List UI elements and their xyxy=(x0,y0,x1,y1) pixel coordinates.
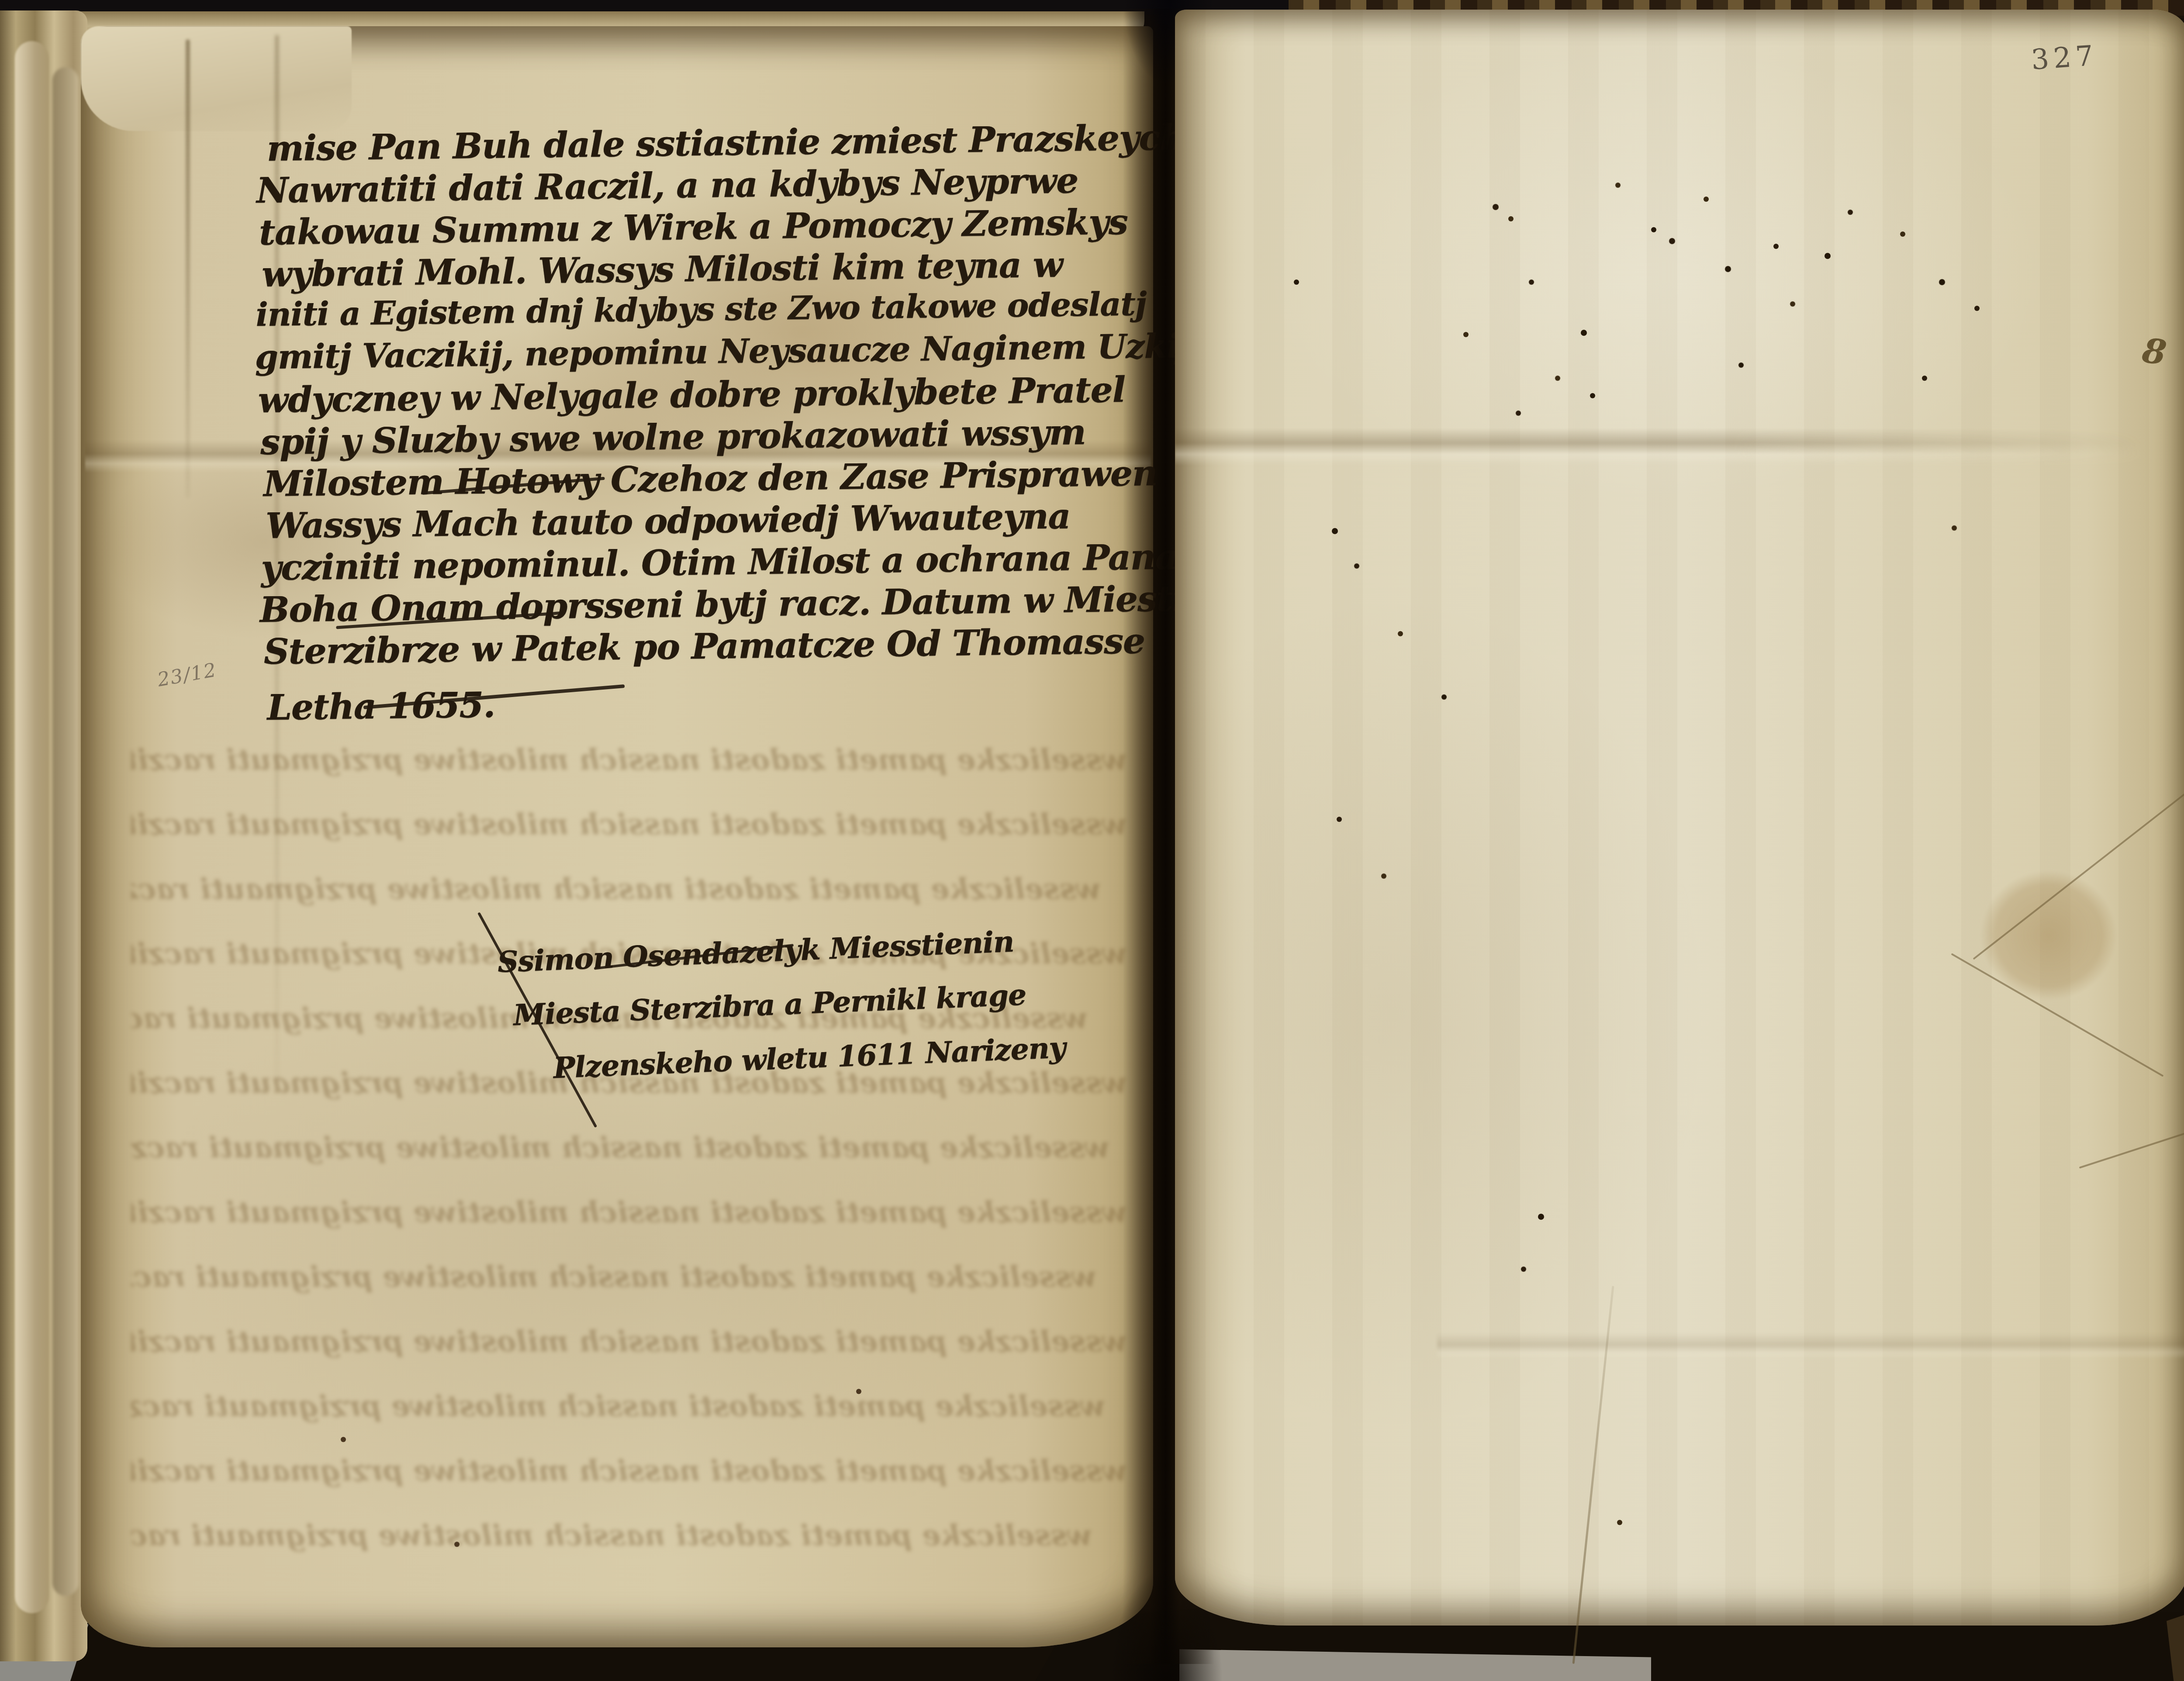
text-line: Boha Onam doprsseni bytj racz. Datum w M… xyxy=(259,580,1207,627)
ink-specks xyxy=(0,0,3,3)
manuscript-book-scan: wsseliczke pameti zadosti nassich milost… xyxy=(0,0,2184,1681)
text-line: Nawratiti dati Raczil, a na kdybys Neypr… xyxy=(256,163,1078,208)
right-page-horizontal-crease xyxy=(1437,1333,2184,1359)
text-line: spij y Sluzby swe wolne prokazowati wssy… xyxy=(260,414,1085,459)
right-page: 327 xyxy=(1175,10,2184,1626)
text-line: gmitj Vaczikij, nepominu Neysaucze Nagin… xyxy=(255,329,1191,374)
signature-line: Ssimon Osendazelyk Miesstienin xyxy=(497,927,1014,976)
text-line: initi a Egistem dnj kdybys ste Zwo takow… xyxy=(256,288,1147,331)
text-line: Sterzibrze w Patek po Pamatcze Od Thomas… xyxy=(263,623,1145,669)
text-line: wybrati Mohl. Wassys Milosti kim teyna w xyxy=(262,247,1063,291)
corner-crease-line xyxy=(2079,1110,2184,1169)
text-line: wdyczney w Nelygale dobre proklybete Pra… xyxy=(258,372,1125,418)
right-page-horizontal-crease xyxy=(1175,428,2184,466)
text-line: Wassys Mach tauto odpowiedj Wwauteyna xyxy=(266,498,1071,543)
left-edge-flap xyxy=(15,41,49,1613)
manuscript-text-block: mise Pan Buh dale sstiastnie zmiest Praz… xyxy=(71,20,1163,1654)
round-stain xyxy=(1957,848,2140,1023)
signature-line: Miesta Sterzibra a Pernikl krage xyxy=(513,980,1026,1029)
signature-line: Plzenskeho wletu 1611 Narizeny xyxy=(553,1033,1065,1082)
text-line: ycziniti nepominul. Otim Milost a ochran… xyxy=(261,539,1178,585)
text-line: Milostem Hotowy Czehoz den Zase Prispraw… xyxy=(263,456,1158,501)
folio-number: 327 xyxy=(2030,36,2146,76)
text-line: mise Pan Buh dale sstiastnie zmiest Praz… xyxy=(266,120,1185,166)
text-line: takowau Summu z Wirek a Pomoczy Zemskys xyxy=(259,204,1128,250)
